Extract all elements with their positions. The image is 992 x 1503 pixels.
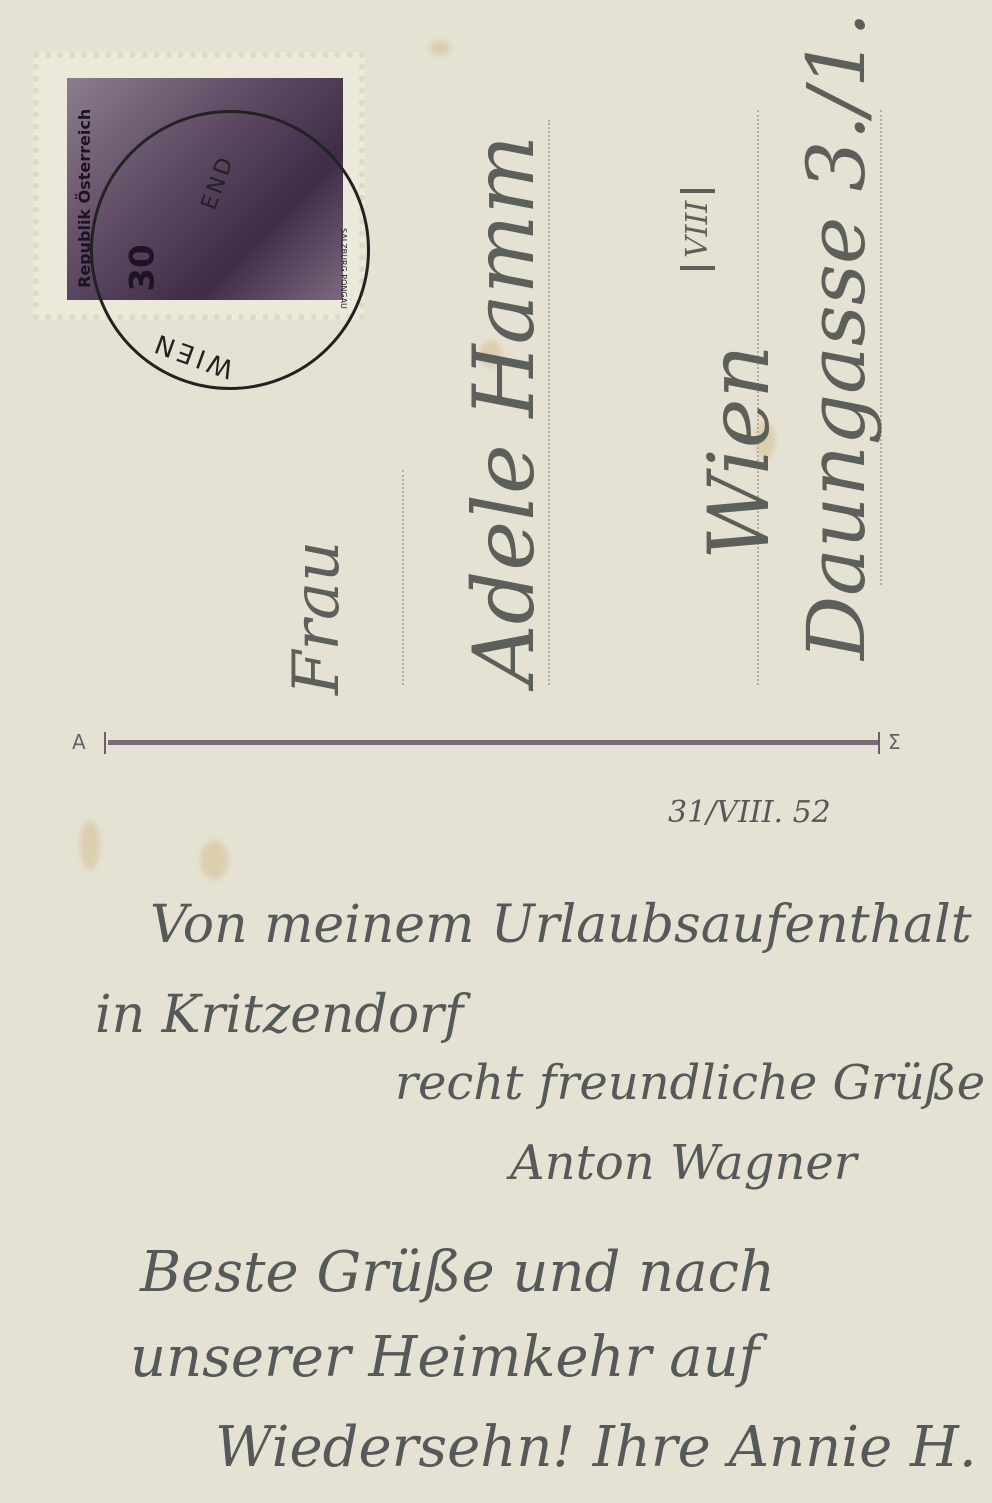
address-salutation: Frau: [280, 541, 354, 695]
stain: [430, 40, 450, 56]
divider-cap: [104, 732, 106, 754]
stain: [200, 840, 228, 880]
postcard-back: Republik Österreich 30 SALZBURG PONGAU W…: [0, 0, 992, 1503]
divider-line: [108, 740, 878, 745]
message-signature: Anton Wagner: [510, 1135, 857, 1191]
stain: [80, 820, 100, 870]
address-city: Wien: [690, 344, 788, 560]
address-line: [402, 470, 404, 685]
date: 31/VIII. 52: [668, 795, 831, 830]
message-line: Von meinem Urlaubsaufenthalt: [150, 895, 972, 955]
divider-cap: [878, 732, 880, 754]
postmark-circle: [90, 110, 370, 390]
address-district: VIII: [680, 189, 715, 270]
postscript-line: unserer Heimkehr auf: [130, 1325, 759, 1390]
divider-left-glyph: A: [72, 730, 86, 754]
address-name: Adele Hamm: [455, 135, 553, 685]
message-line: in Kritzendorf: [95, 985, 463, 1045]
message-line: recht freundliche Grüße: [395, 1055, 985, 1111]
postscript-line: Beste Grüße und nach: [140, 1240, 775, 1305]
postscript-line: Wiedersehn! Ihre Annie H.: [215, 1415, 977, 1480]
address-street: Daungasse 3./1.: [790, 12, 883, 660]
divider-right-glyph: Σ: [888, 730, 901, 754]
